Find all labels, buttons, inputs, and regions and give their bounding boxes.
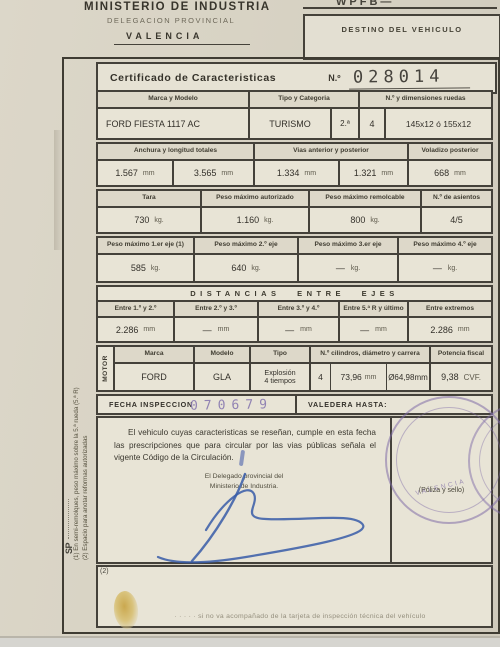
- valedera-hasta-cell: VALEDERA HASTA:: [297, 396, 491, 413]
- value-motor-tipo: Explosión4 tiempos: [251, 364, 311, 390]
- value-eje3: —kg.: [299, 255, 399, 281]
- unit-mm: mm: [143, 170, 155, 177]
- label-voladizo: Voladizo posterior: [409, 144, 491, 159]
- value-diametro: 73,96mm: [331, 364, 387, 390]
- section-declaration: El vehiculo cuyas caracteristicas se res…: [96, 416, 493, 564]
- unit-mm: mm: [143, 326, 155, 333]
- province-name: VALENCIA: [126, 31, 203, 41]
- unit-mm: mm: [381, 170, 393, 177]
- value-eje1: 585kg.: [98, 255, 195, 281]
- label-eje2: Peso máximo 2.º eje: [195, 238, 299, 253]
- sp-small-print: [68, 499, 69, 539]
- unit-kg: kg.: [251, 265, 260, 272]
- valedera-hasta-label: VALEDERA HASTA:: [308, 400, 387, 409]
- destino-label: DESTINO DEL VEHICULO: [341, 25, 462, 34]
- label-motor-marca: Marca: [115, 347, 195, 362]
- section-identity: Marca y Modelo Tipo y Categoria N.º y di…: [96, 90, 493, 140]
- unit-kg: kg.: [370, 217, 379, 224]
- value-voladizo: 668mm: [409, 161, 491, 185]
- poliza-sello-cell: (Póliza y sello): [392, 418, 491, 562]
- fecha-inspeccion-cell: FECHA INSPECCION 070679: [98, 396, 297, 413]
- label-motor-tipo: Tipo: [251, 347, 311, 362]
- reformas-ref-label: (2): [100, 568, 109, 575]
- unit-mm: mm: [365, 374, 377, 381]
- unit-mm: mm: [454, 170, 466, 177]
- certificate-number-stamp: 028014: [348, 66, 470, 89]
- label-peso-autorizado: Peso máximo autorizado: [202, 191, 310, 206]
- value-tara: 730kg.: [98, 208, 202, 232]
- value-via-posterior: 1.321mm: [340, 161, 409, 185]
- value-anchura: 1.567mm: [98, 161, 174, 185]
- label-vias: Vias anterior y posterior: [255, 144, 409, 159]
- value-eje2: 640kg.: [195, 255, 299, 281]
- value-dimensiones-ruedas: 145x12 ó 155x12: [386, 109, 491, 138]
- delegation-subtitle: DELEGACION PROVINCIAL: [107, 16, 235, 25]
- value-num-cilindros: 4: [311, 364, 331, 390]
- value-motor-modelo: GLA: [195, 364, 251, 390]
- label-motor-modelo: Modelo: [195, 347, 251, 362]
- value-motor-marca: FORD: [115, 364, 195, 390]
- label-eje1: Peso máximo 1.er eje (1): [98, 238, 195, 253]
- section-axle-weights: Peso máximo 1.er eje (1) Peso máximo 2.º…: [96, 236, 493, 283]
- margin-footnotes: (1) En semi-remolques, peso máximo sobre…: [73, 228, 91, 560]
- province-underline: [114, 44, 250, 45]
- fecha-inspeccion-label: FECHA INSPECCION: [109, 400, 193, 409]
- section-fecha-inspeccion: FECHA INSPECCION 070679 VALEDERA HASTA:: [96, 394, 493, 415]
- unit-mm: mm: [375, 326, 387, 333]
- value-num-ruedas: 4: [360, 109, 386, 138]
- section-dimensions: Anchura y longitud totales Vias anterior…: [96, 142, 493, 187]
- declaration-text: El vehiculo cuyas caracteristicas se res…: [114, 427, 376, 465]
- label-tipo-categoria: Tipo y Categoria: [250, 92, 360, 107]
- value-entre-3-4: —mm: [259, 318, 340, 341]
- unit-mm: mm: [300, 326, 312, 333]
- value-motor-cilindros-group: 4 73,96mm Ø64,98mm: [311, 364, 431, 390]
- unit-kg: kg.: [154, 217, 163, 224]
- unit-kg: kg.: [151, 265, 160, 272]
- ministry-title: MINISTERIO DE INDUSTRIA: [84, 1, 271, 13]
- unit-mm: mm: [304, 170, 316, 177]
- unit-mm: mm: [221, 170, 233, 177]
- label-entre-extremos: Entre extremos: [409, 302, 491, 316]
- bottom-fine-print: · · · · · si no va acompañado de la tarj…: [105, 613, 495, 620]
- value-entre-2-3: —mm: [175, 318, 259, 341]
- label-asientos: N.º de asientos: [422, 191, 491, 206]
- unit-mm: mm: [218, 326, 230, 333]
- motor-side-label: MOTOR: [98, 347, 115, 390]
- value-carrera: Ø64,98mm: [387, 364, 429, 390]
- label-marca-modelo: Marca y Modelo: [98, 92, 250, 107]
- unit-kg: kg.: [448, 265, 457, 272]
- value-entre-1-2: 2.286mm: [98, 318, 175, 341]
- value-eje4: —kg.: [399, 255, 491, 281]
- label-eje3: Peso máximo 3.er eje: [299, 238, 399, 253]
- paper-crease: [54, 130, 64, 250]
- distancias-title: DISTANCIAS ENTRE EJES: [98, 287, 491, 302]
- value-via-anterior: 1.334mm: [255, 161, 340, 185]
- certificate-number-label: N.º: [328, 73, 340, 83]
- label-potencia-fiscal: Potencia fiscal: [431, 347, 491, 362]
- certificate-title: Certificado de Caracteristicas: [110, 72, 276, 84]
- sp-logo: SP: [64, 543, 74, 554]
- value-longitud: 3.565mm: [174, 161, 255, 185]
- unit-mm: mm: [458, 326, 470, 333]
- unit-cvf: CVF.: [464, 373, 481, 382]
- section-weights: Tara Peso máximo autorizado Peso máximo …: [96, 189, 493, 234]
- value-entre-5r-ultimo: —mm: [340, 318, 409, 341]
- value-peso-remolcable: 800kg.: [310, 208, 422, 232]
- top-right-box-line: [303, 7, 497, 9]
- section-distancias: DISTANCIAS ENTRE EJES Entre 1.º y 2.º En…: [96, 285, 493, 343]
- label-eje4: Peso máximo 4.º eje: [399, 238, 491, 253]
- value-asientos: 4/5: [422, 208, 491, 232]
- value-marca-modelo: FORD FIESTA 1117 AC: [98, 109, 250, 138]
- unit-kg: kg.: [264, 217, 273, 224]
- label-ruedas: N.º y dimensiones ruedas: [360, 92, 491, 107]
- scanned-certificate-document: MINISTERIO DE INDUSTRIA DELEGACION PROVI…: [0, 0, 500, 638]
- label-entre-1-2: Entre 1.º y 2.º: [98, 302, 175, 316]
- sp-printer-mark: SP: [62, 470, 75, 554]
- label-entre-5r-ultimo: Entre 5.ª R y último: [340, 302, 409, 316]
- label-entre-3-4: Entre 3.º y 4.º: [259, 302, 340, 316]
- label-motor-cilindros: N.º cilindros, diámetro y carrera: [311, 347, 431, 362]
- value-categoria: 2.ª: [332, 109, 360, 138]
- value-potencia-fiscal: 9,38CVF.: [431, 364, 491, 390]
- label-peso-remolcable: Peso máximo remolcable: [310, 191, 422, 206]
- signer-title: El Delegado provincial delMinisterio de …: [98, 472, 390, 492]
- section-motor: MOTOR Marca Modelo Tipo N.º cilindros, d…: [96, 345, 493, 392]
- value-peso-autorizado: 1.160kg.: [202, 208, 310, 232]
- label-anchura-longitud: Anchura y longitud totales: [98, 144, 255, 159]
- declaration-cell: El vehiculo cuyas caracteristicas se res…: [98, 418, 392, 562]
- value-entre-extremos: 2.286mm: [409, 318, 491, 341]
- value-tipo: TURISMO: [250, 109, 332, 138]
- footnote-2: (2) Espacio para anotar reformas autoriz…: [82, 228, 91, 560]
- label-tara: Tara: [98, 191, 202, 206]
- fecha-inspeccion-stamp: 070679: [190, 397, 273, 413]
- label-entre-2-3: Entre 2.º y 3.º: [175, 302, 259, 316]
- poliza-sello-label: (Póliza y sello): [419, 487, 465, 494]
- unit-kg: kg.: [351, 265, 360, 272]
